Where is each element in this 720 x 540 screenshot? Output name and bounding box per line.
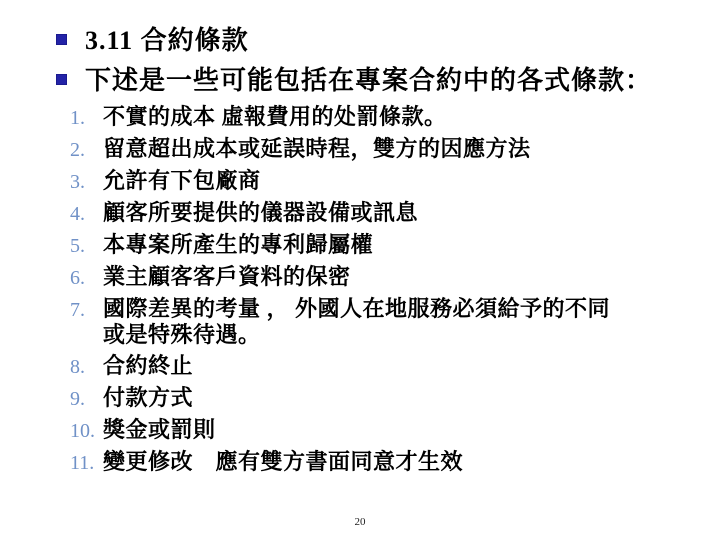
list-item: 10. 獎金或罰則 [70, 417, 700, 444]
slide: 3.11 合約條款 下述是一些可能包括在專案合約中的各式條款： 1. 不實的成本… [0, 0, 720, 540]
list-item-number: 6. [70, 264, 103, 291]
square-bullet-icon [57, 35, 66, 44]
list-item-text: 變更修改 應有雙方書面同意才生效 [103, 449, 700, 475]
list-item: 1. 不實的成本 虛報費用的处罰條款。 [70, 104, 700, 131]
list-item: 9. 付款方式 [70, 385, 700, 412]
slide-title: 3.11 合約條款 [85, 24, 249, 57]
list-item-text: 國際差異的考量 ， 外國人在地服務必須給予的不同 或是特殊待遇。 [103, 296, 700, 348]
list-item: 2. 留意超出成本或延誤時程，雙方的因應方法 [70, 136, 700, 163]
list-item-text: 不實的成本 虛報費用的处罰條款。 [103, 104, 700, 130]
list-item-text: 付款方式 [103, 385, 700, 411]
list-item: 11. 變更修改 應有雙方書面同意才生效 [70, 449, 700, 476]
square-bullet-icon [57, 75, 66, 84]
list-item-number: 7. [70, 296, 103, 323]
title-line: 3.11 合約條款 [57, 24, 700, 57]
list-item-text: 獎金或罰則 [103, 417, 700, 443]
list-item: 3. 允許有下包廠商 [70, 168, 700, 195]
list-item-number: 9. [70, 385, 103, 412]
list-item: 8. 合約終止 [70, 353, 700, 380]
list-item-text: 合約終止 [103, 353, 700, 379]
list-item: 5. 本專案所產生的專利歸屬權 [70, 232, 700, 259]
list-item-number: 10. [70, 417, 103, 444]
clause-list: 1. 不實的成本 虛報費用的处罰條款。 2. 留意超出成本或延誤時程，雙方的因應… [57, 104, 700, 476]
page-number: 20 [0, 516, 720, 528]
list-item-number: 2. [70, 136, 103, 163]
list-item: 6. 業主顧客客戶資料的保密 [70, 264, 700, 291]
list-item-text: 本專案所產生的專利歸屬權 [103, 232, 700, 258]
list-item-number: 8. [70, 353, 103, 380]
subtitle-line: 下述是一些可能包括在專案合約中的各式條款： [57, 64, 700, 97]
slide-subtitle: 下述是一些可能包括在專案合約中的各式條款： [85, 64, 652, 97]
list-item-number: 11. [70, 449, 103, 476]
list-item-text: 顧客所要提供的儀器設備或訊息 [103, 200, 700, 226]
list-item-number: 4. [70, 200, 103, 227]
list-item-number: 5. [70, 232, 103, 259]
list-item-text: 允許有下包廠商 [103, 168, 700, 194]
list-item: 7. 國際差異的考量 ， 外國人在地服務必須給予的不同 或是特殊待遇。 [70, 296, 700, 348]
list-item-number: 1. [70, 104, 103, 131]
list-item-number: 3. [70, 168, 103, 195]
list-item: 4. 顧客所要提供的儀器設備或訊息 [70, 200, 700, 227]
list-item-text: 留意超出成本或延誤時程，雙方的因應方法 [103, 136, 700, 162]
list-item-text: 業主顧客客戶資料的保密 [103, 264, 700, 290]
